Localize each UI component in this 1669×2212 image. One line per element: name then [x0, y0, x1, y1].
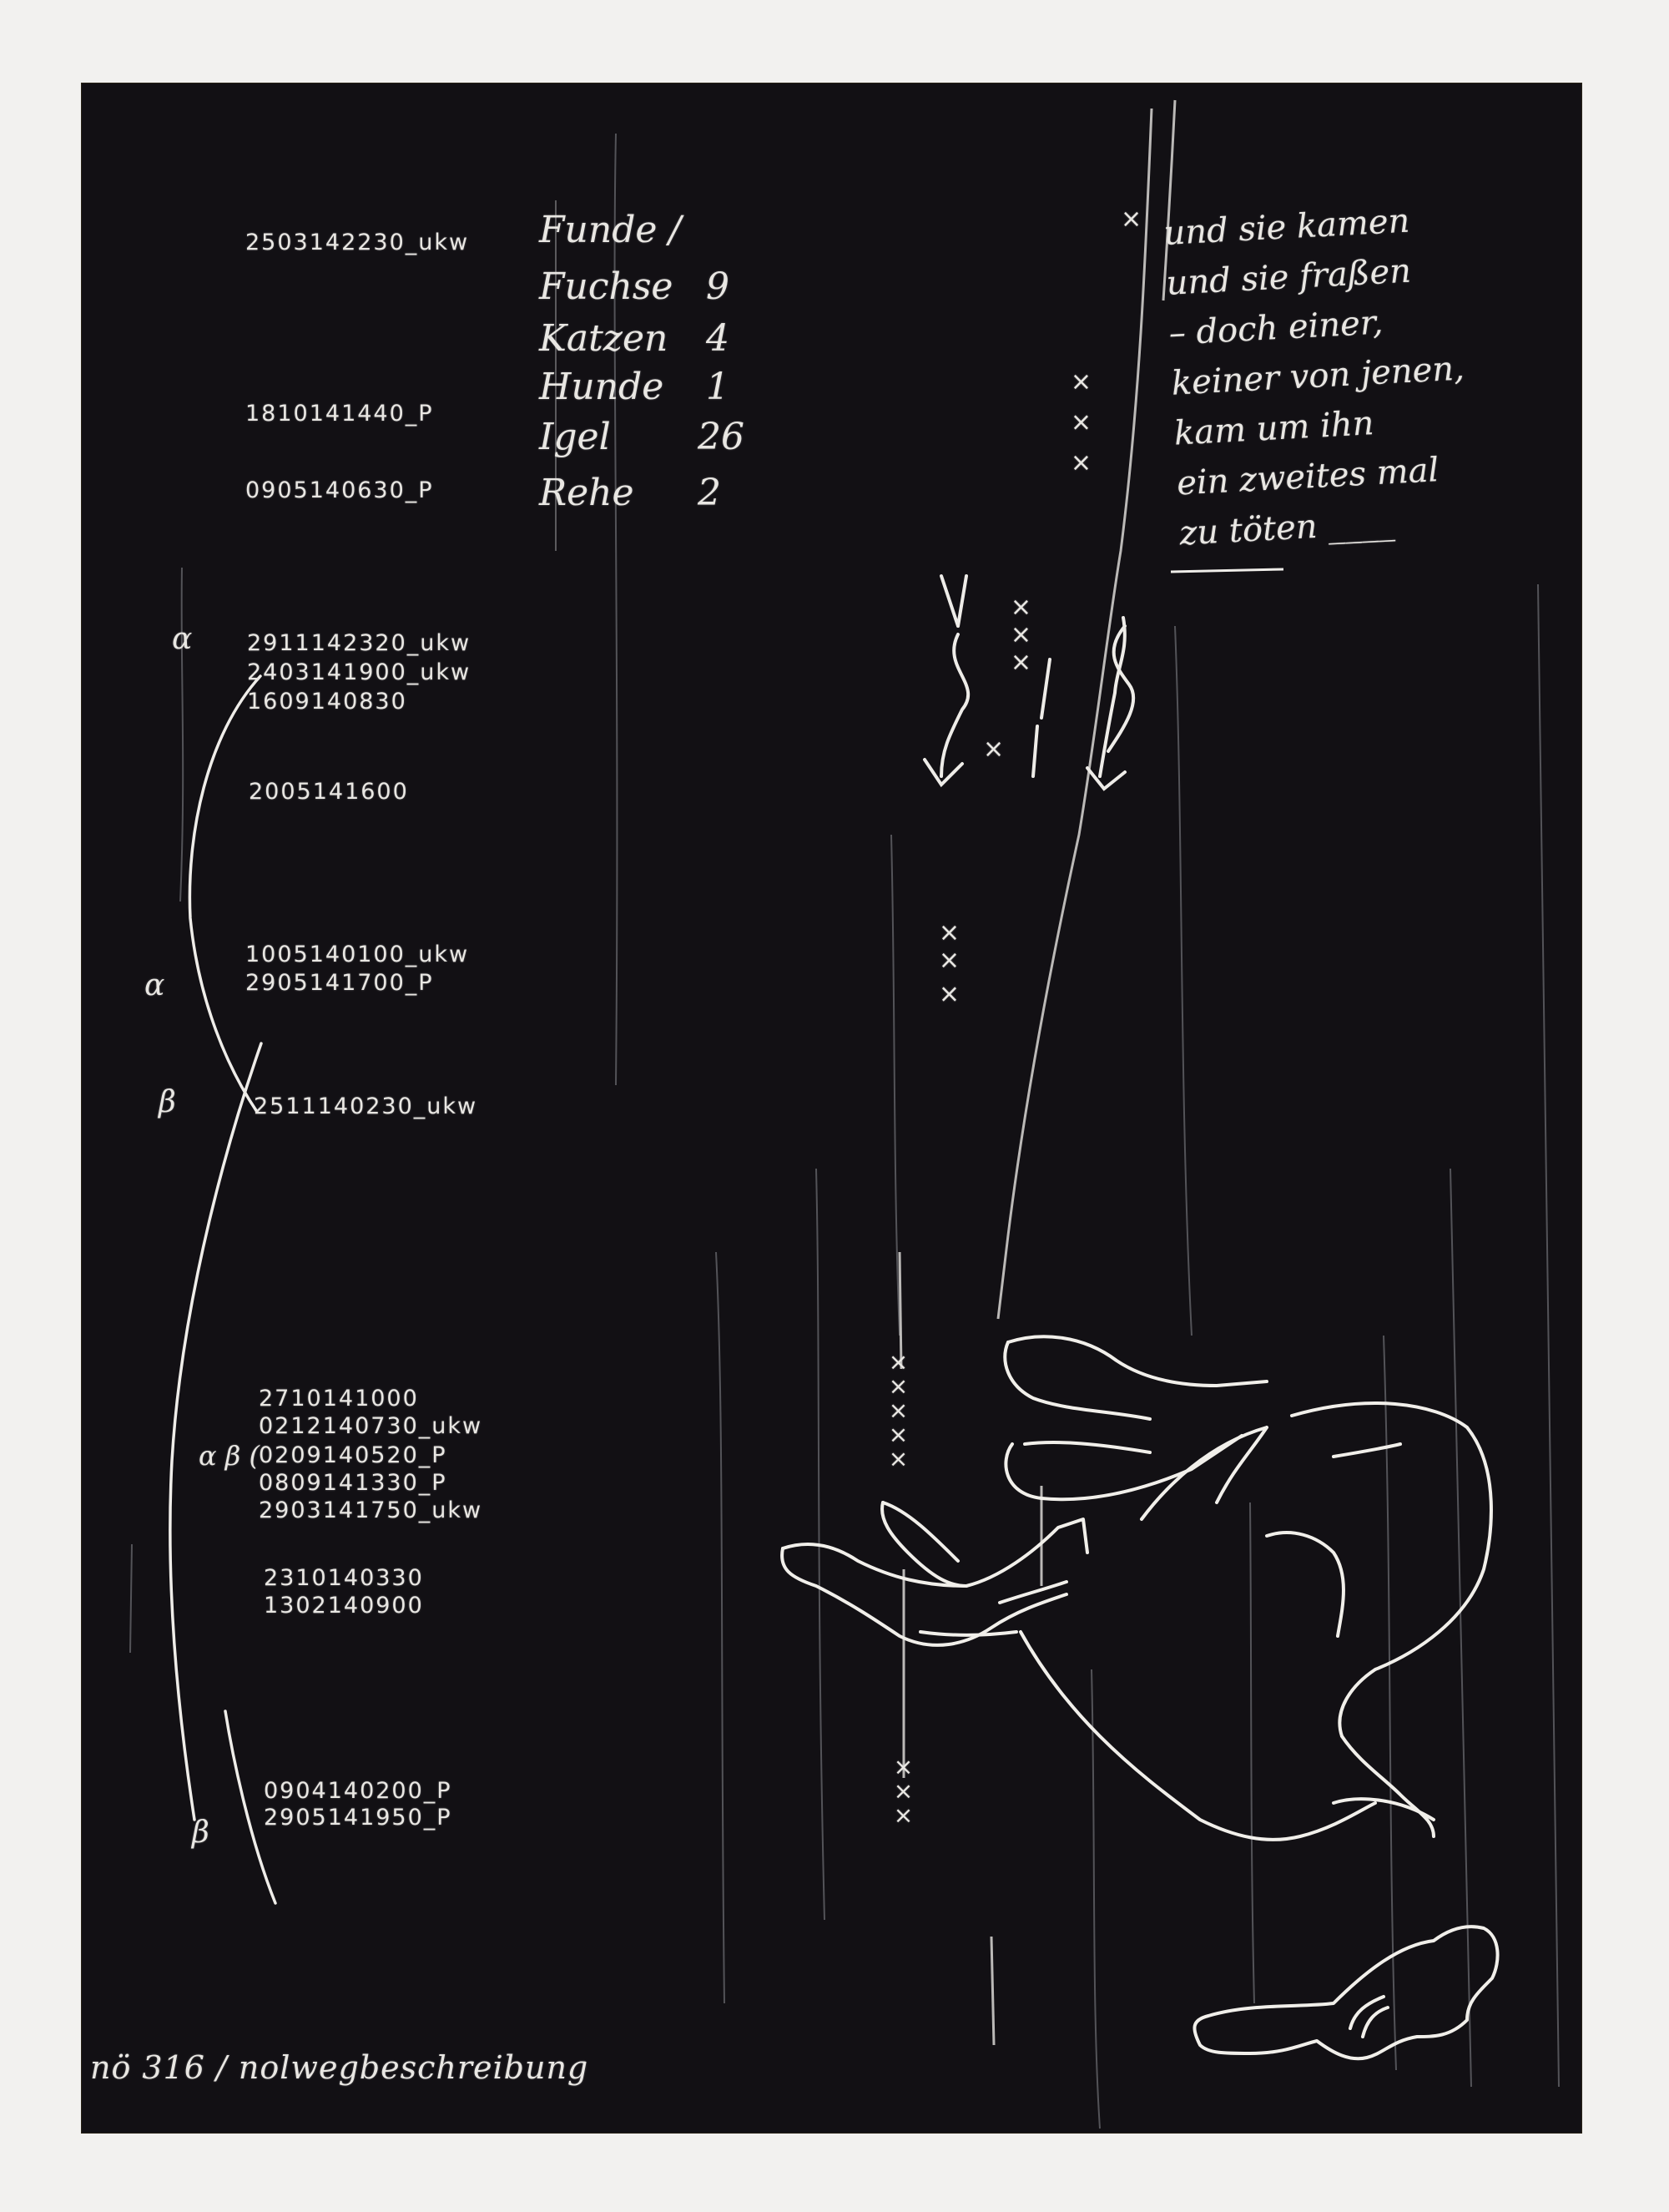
alpha-mark: α [172, 622, 192, 656]
tally-count: 2 [698, 472, 721, 514]
date-entry: 2005141600 [249, 779, 409, 805]
date-entry: 1302140900 [264, 1593, 424, 1619]
date-entry: 0904140200_P [264, 1778, 452, 1804]
date-entry: 2911142320_ukw [247, 630, 471, 656]
cross-column: ×× × [935, 918, 964, 1008]
artwork-panel: 2503142230_ukw 1810141440_P 0905140630_P… [82, 83, 1581, 2133]
cross-mark: × [983, 735, 1006, 764]
cross-column: ××× [1006, 593, 1036, 675]
date-entry: 0905140630_P [245, 477, 434, 503]
date-entry: 2310140330 [264, 1565, 424, 1591]
date-entry: 2503142230_ukw [245, 230, 469, 255]
date-entry: 2710141000 [259, 1386, 419, 1412]
date-entry: 1810141440_P [245, 401, 434, 427]
tally-count: 9 [706, 265, 729, 308]
cross-column: ××××× [885, 1348, 912, 1469]
tally-label: Igel [539, 416, 611, 458]
signature: nö 316 / nolwegbeschreibung [90, 2049, 588, 2086]
alpha-beta-mark: α β ( [199, 1440, 260, 1472]
date-entry: 2905141950_P [264, 1805, 452, 1831]
beta-mark: β [159, 1085, 176, 1119]
tally-count: 26 [698, 416, 744, 458]
tally-label: Katzen [539, 317, 668, 360]
date-entry: 0809141330_P [259, 1470, 447, 1496]
date-entry: 2903141750_ukw [259, 1497, 482, 1523]
tally-row: Hunde 1 [539, 366, 663, 408]
date-entry: 1005140100_ukw [245, 942, 469, 967]
alpha-mark: α [144, 968, 164, 1002]
tally-row: Fuchse 9 [539, 265, 673, 308]
tally-row: Rehe 2 [539, 472, 634, 514]
date-entry: 0209140520_P [259, 1442, 447, 1468]
tally-title: Funde / [539, 209, 681, 251]
beta-mark: β [192, 1816, 209, 1850]
date-entry: 2905141700_P [245, 970, 434, 996]
tally-row: Igel 26 [539, 416, 611, 458]
poem: und sie kamen und sie fraßen – doch eine… [1162, 194, 1474, 559]
cross-mark: × [1121, 205, 1143, 234]
tally-label: Fuchse [539, 265, 673, 308]
cross-column: × × × [1066, 367, 1096, 479]
tally-count: 1 [706, 366, 729, 408]
tally-label: Rehe [539, 472, 634, 514]
date-entry: 0212140730_ukw [259, 1413, 482, 1439]
tally-count: 4 [706, 317, 729, 360]
date-entry: 2511140230_ukw [254, 1093, 477, 1119]
date-entry: 2403141900_ukw [247, 659, 471, 685]
tally-row: Katzen 4 [539, 317, 668, 360]
tally-label: Hunde [539, 366, 663, 408]
cross-column: ××× [890, 1753, 917, 1826]
date-entry: 1609140830 [247, 689, 407, 715]
